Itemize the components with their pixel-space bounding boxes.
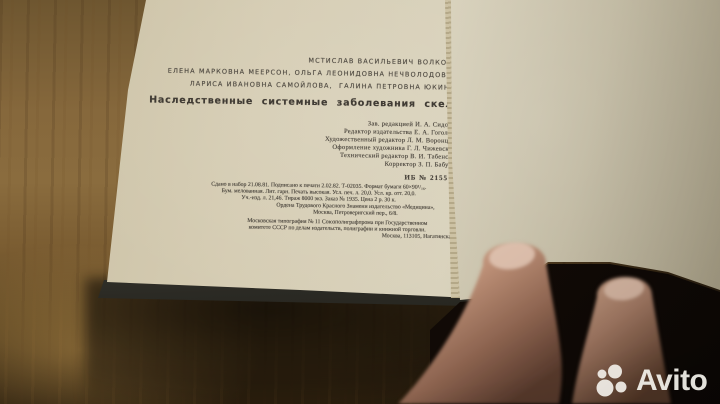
photo-scene: МСТИСЛАВ ВАСИЛЬЕВИЧ ВОЛКОВ, ЕЛЕНА МАРКОВ… bbox=[0, 0, 720, 404]
authors-block: МСТИСЛАВ ВАСИЛЬЕВИЧ ВОЛКОВ, ЕЛЕНА МАРКОВ… bbox=[149, 52, 478, 95]
book-title: Наследственные системные заболевания ске… bbox=[149, 94, 477, 110]
credits-block: Зав. редакцией И. А. Сидоров Редактор из… bbox=[148, 116, 477, 169]
index-finger bbox=[398, 243, 562, 404]
avito-wordmark: Avito bbox=[636, 366, 707, 396]
colophon-text: МСТИСЛАВ ВАСИЛЬЕВИЧ ВОЛКОВ, ЕЛЕНА МАРКОВ… bbox=[147, 48, 478, 245]
avito-watermark: Avito bbox=[594, 360, 718, 402]
avito-logo-icon bbox=[594, 363, 630, 399]
